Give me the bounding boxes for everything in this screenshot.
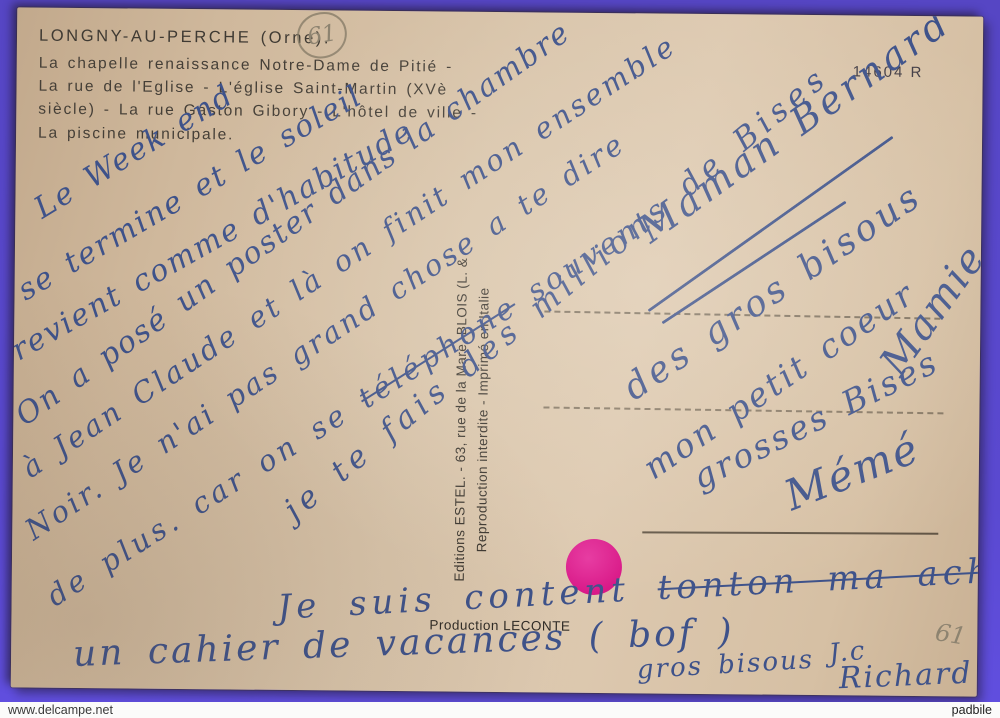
watermark-label: padbile [952,703,992,717]
handwriting-signature-richard: Richard [838,656,973,697]
caption-title: LONGNY-AU-PERCHE (Orne). [39,24,479,53]
publisher-imprint: Editions ESTEL. - 63, rue de la Mare, BL… [452,230,514,611]
publisher-line-1: Editions ESTEL. - 63, rue de la Mare, BL… [452,230,471,610]
watermark-url: www.delcampe.net [8,703,113,717]
scan-background: LONGNY-AU-PERCHE (Orne). La chapelle ren… [0,0,1000,718]
postcard: LONGNY-AU-PERCHE (Orne). La chapelle ren… [11,7,983,696]
publisher-line-2: Reproduction interdite - Imprimé en Ital… [474,230,493,610]
pencil-number-text: 61 [305,20,338,50]
pencil-number-bottom: 61 [933,618,968,651]
address-line-solid [642,531,938,534]
watermark-strip: www.delcampe.net padbile [0,702,1000,718]
